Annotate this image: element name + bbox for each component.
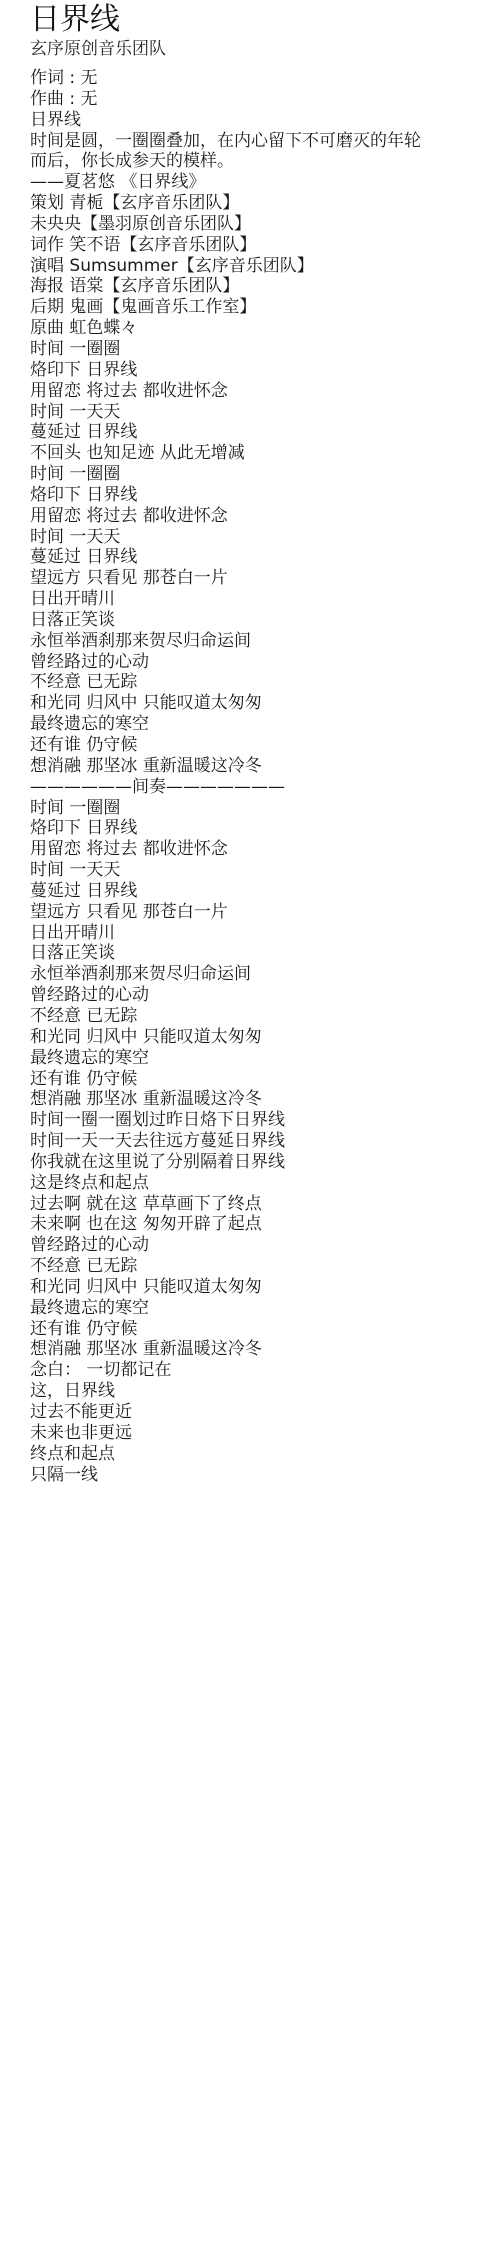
lyric-line: 时间 一圈圈 [30,798,500,819]
lyric-line: 时间 一圈圈 [30,464,500,485]
lyric-line: 这是终点和起点 [30,1173,500,1194]
lyric-line: 原曲 虹色蝶々 [30,318,500,339]
lyric-line: 时间是圆，一圈圈叠加，在内心留下不可磨灭的年轮 [30,131,500,152]
lyric-line: 蔓延过 日界线 [30,547,500,568]
lyric-line: 还有谁 仍守候 [30,1319,500,1340]
lyric-line: 你我就在这里说了分别隔着日界线 [30,1152,500,1173]
lyric-line: 作词 : 无 [30,68,500,89]
lyric-line: 未央央【墨羽原创音乐团队】 [30,214,500,235]
lyric-line: 未来啊 也在这 匆匆开辟了起点 [30,1214,500,1235]
lyric-line: 只隔一线 [30,1465,500,1486]
lyric-line: 和光同 归风中 只能叹道太匆匆 [30,1027,500,1048]
lyric-line: 日出开晴川 [30,589,500,610]
lyric-line: 时间 一圈圈 [30,339,500,360]
lyrics-page: 日界线 玄序原创音乐团队 作词 : 无 作曲 : 无日界线 时间是圆，一圈圈叠加… [0,0,500,1485]
lyric-line: 这，日界线 [30,1381,500,1402]
lyric-line: 和光同 归风中 只能叹道太匆匆 [30,693,500,714]
lyric-line: 而后，你长成参天的模样。 [30,151,500,172]
lyric-line: 演唱 Sumsummer【玄序音乐团队】 [30,256,500,277]
lyric-line: 念白： 一切都记在 [30,1360,500,1381]
lyric-line: 永恒举酒刹那来贺尽归命运间 [30,631,500,652]
lyric-line: 不回头 也知足迹 从此无增减 [30,443,500,464]
lyric-line: 用留恋 将过去 都收进怀念 [30,506,500,527]
lyric-line: 想消融 那坚冰 重新温暖这冷冬 [30,1339,500,1360]
lyric-line: 未来也非更远 [30,1423,500,1444]
lyric-line: 时间 一天天 [30,527,500,548]
lyric-line: 还有谁 仍守候 [30,735,500,756]
lyric-line: 最终遗忘的寒空 [30,714,500,735]
lyric-line: 不经意 已无踪 [30,672,500,693]
lyric-line: 最终遗忘的寒空 [30,1298,500,1319]
lyric-line: 烙印下 日界线 [30,818,500,839]
lyric-line: 和光同 归风中 只能叹道太匆匆 [30,1277,500,1298]
song-title: 日界线 [30,0,500,38]
lyric-line: 海报 语棠【玄序音乐团队】 [30,276,500,297]
lyric-line: 时间一圈一圈划过昨日烙下日界线 [30,1110,500,1131]
lyric-line: 烙印下 日界线 [30,485,500,506]
lyric-line: 时间一天一天去往远方蔓延日界线 [30,1131,500,1152]
lyric-line: 词作 笑不语【玄序音乐团队】 [30,235,500,256]
lyric-line: 后期 鬼画【鬼画音乐工作室】 [30,297,500,318]
lyric-line: 用留恋 将过去 都收进怀念 [30,839,500,860]
lyric-line: 曾经路过的心动 [30,985,500,1006]
lyric-line: 日出开晴川 [30,923,500,944]
lyric-line: 还有谁 仍守候 [30,1069,500,1090]
lyric-line: 时间 一天天 [30,860,500,881]
lyric-line: 不经意 已无踪 [30,1006,500,1027]
lyric-line: 作曲 : 无 [30,89,500,110]
lyric-line: 蔓延过 日界线 [30,422,500,443]
lyric-line: 时间 一天天 [30,402,500,423]
lyric-line: ——————间奏——————— [30,777,500,798]
lyric-line: 永恒举酒刹那来贺尽归命运间 [30,964,500,985]
lyric-line: 不经意 已无踪 [30,1256,500,1277]
lyric-line: 日落正笑谈 [30,943,500,964]
lyric-line: 想消融 那坚冰 重新温暖这冷冬 [30,756,500,777]
lyric-line: 想消融 那坚冰 重新温暖这冷冬 [30,1089,500,1110]
lyric-line: 用留恋 将过去 都收进怀念 [30,381,500,402]
lyric-line: 策划 青栀【玄序音乐团队】 [30,193,500,214]
lyric-line: 终点和起点 [30,1444,500,1465]
lyrics-list: 作词 : 无 作曲 : 无日界线 时间是圆，一圈圈叠加，在内心留下不可磨灭的年轮… [30,68,500,1485]
lyric-line: 烙印下 日界线 [30,360,500,381]
lyric-line: 最终遗忘的寒空 [30,1048,500,1069]
lyric-line: 日落正笑谈 [30,610,500,631]
lyric-line: ——夏茗悠 《日界线》 [30,172,500,193]
lyric-line: 蔓延过 日界线 [30,881,500,902]
lyric-line: 曾经路过的心动 [30,652,500,673]
lyric-line: 过去啊 就在这 草草画下了终点 [30,1194,500,1215]
lyric-line: 曾经路过的心动 [30,1235,500,1256]
lyric-line: 望远方 只看见 那苍白一片 [30,568,500,589]
lyric-line: 望远方 只看见 那苍白一片 [30,902,500,923]
artist-name: 玄序原创音乐团队 [30,38,500,60]
lyric-line: 过去不能更近 [30,1402,500,1423]
lyric-line: 日界线 [30,110,500,131]
